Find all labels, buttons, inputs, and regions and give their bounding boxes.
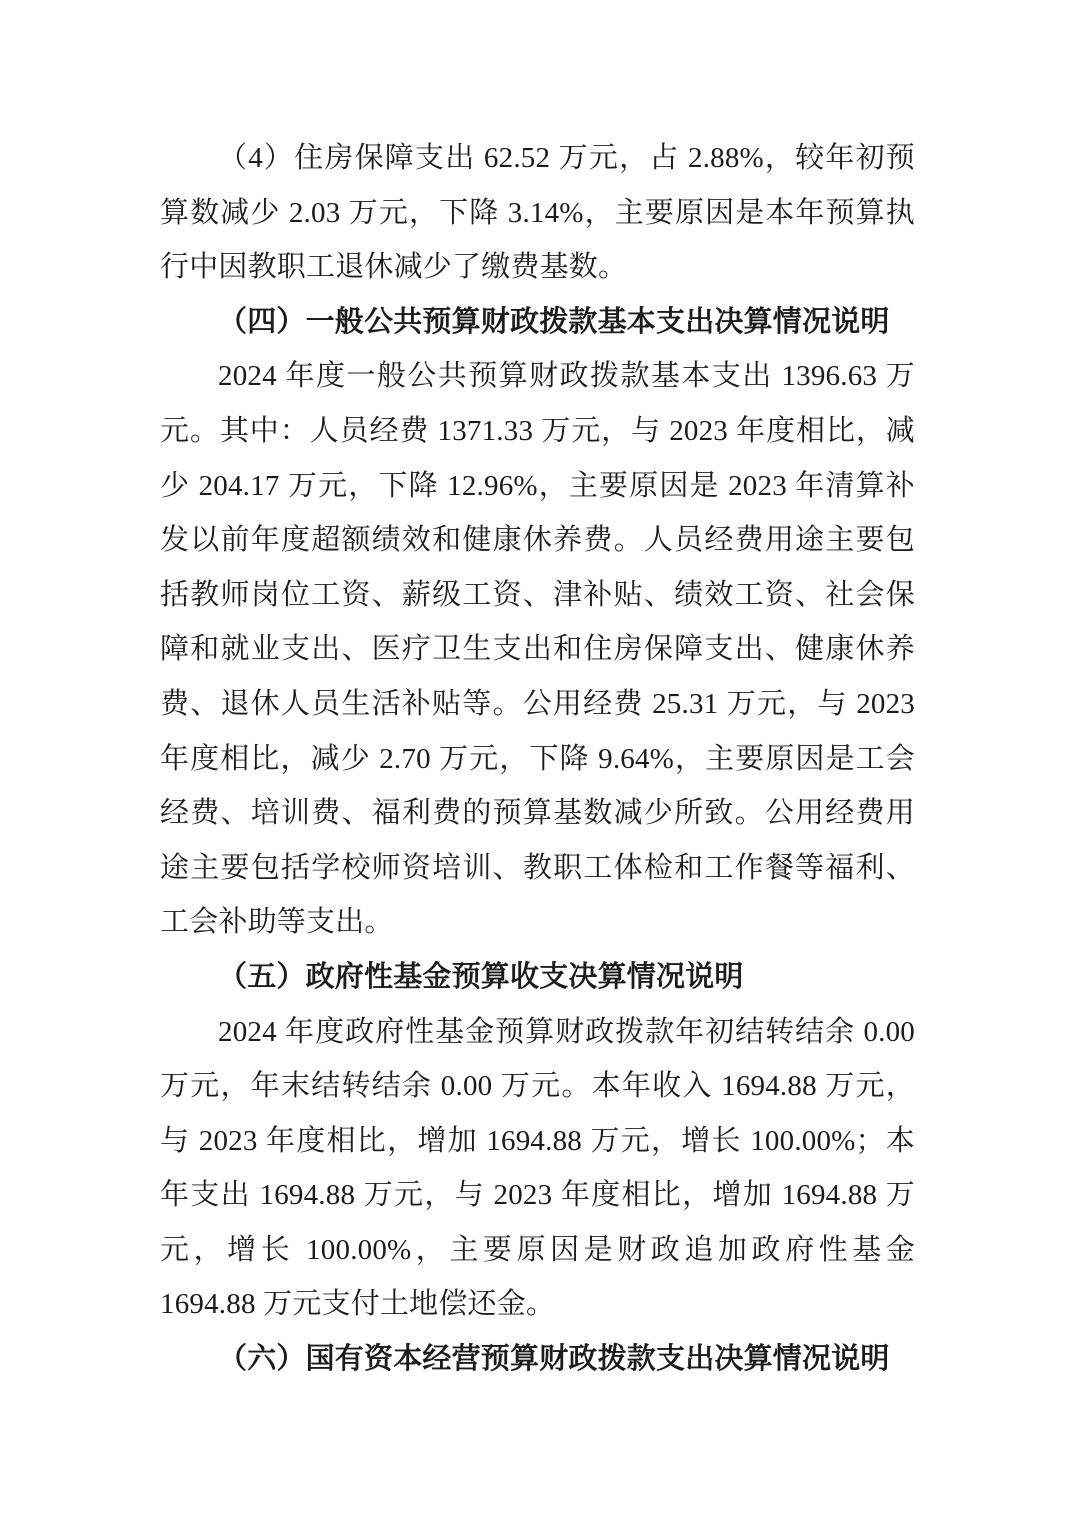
heading-section-6-state-capital: （六）国有资本经营预算财政拨款支出决算情况说明 (160, 1332, 915, 1387)
paragraph-housing-support: （4）住房保障支出 62.52 万元，占 2.88%，较年初预算数减少 2.03… (160, 131, 915, 295)
heading-section-4-basic-expenditure: （四）一般公共预算财政拨款基本支出决算情况说明 (160, 295, 915, 350)
paragraph-gov-fund-detail: 2024 年度政府性基金预算财政拨款年初结转结余 0.00 万元，年末结转结余 … (160, 1005, 915, 1333)
paragraph-basic-expenditure-detail: 2024 年度一般公共预算财政拨款基本支出 1396.63 万元。其中：人员经费… (160, 349, 915, 950)
document-body: （4）住房保障支出 62.52 万元，占 2.88%，较年初预算数减少 2.03… (160, 131, 915, 1387)
document-page: （4）住房保障支出 62.52 万元，占 2.88%，较年初预算数减少 2.03… (0, 0, 1075, 1520)
heading-section-5-gov-fund-budget: （五）政府性基金预算收支决算情况说明 (160, 950, 915, 1005)
